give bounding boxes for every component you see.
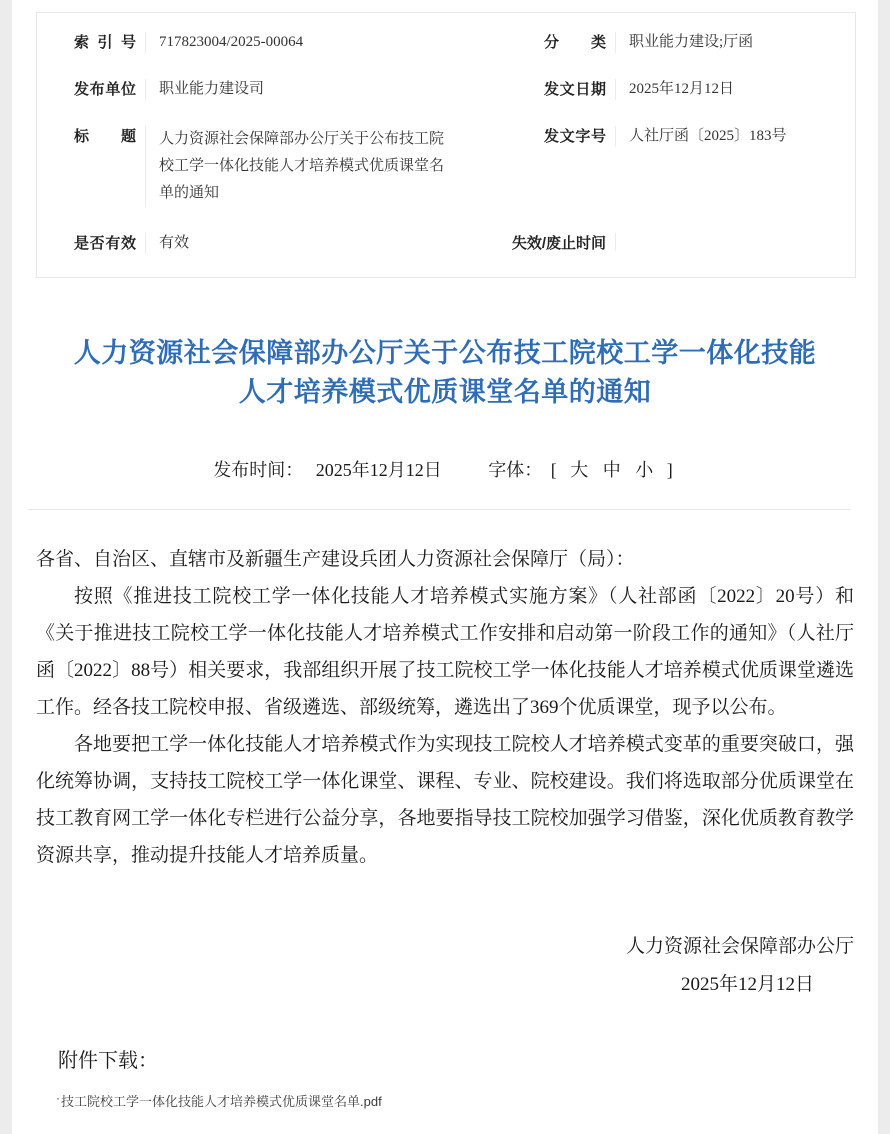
divider [28, 509, 850, 510]
index-number-value: 717823004/2025-00064 [145, 32, 446, 53]
signature-block: 人力资源社会保障部办公厅 2025年12月12日 [12, 928, 878, 1004]
salutation-paragraph: 各省、自治区、直辖市及新疆生产建设兵团人力资源社会保障厅（局）： [36, 541, 854, 578]
attachment-link[interactable]: ·技工院校工学一体化技能人才培养模式优质课堂名单.pdf [56, 1091, 854, 1110]
validity-label: 是否有效 [74, 233, 136, 254]
doc-number-label: 发文字号 [544, 126, 606, 147]
bullet-icon: · [56, 1091, 60, 1105]
meta-cell-index-number: 索引号 717823004/2025-00064 [37, 19, 446, 66]
category-label: 分类 [544, 32, 606, 53]
publish-unit-value: 职业能力建设司 [145, 79, 446, 100]
expiry-label: 失效/废止时间 [512, 233, 606, 254]
expiry-value [615, 233, 855, 251]
article-body: 各省、自治区、直辖市及新疆生产建设兵团人力资源社会保障厅（局）： 按照《推进技工… [12, 541, 878, 874]
meta-table: 索引号 717823004/2025-00064 分类 职业能力建设;厅函 发布… [36, 12, 856, 278]
publish-unit-label: 发布单位 [74, 79, 136, 100]
font-size-small-button[interactable]: 小 [635, 460, 653, 480]
attachment-heading: 附件下载： [58, 1044, 854, 1073]
meta-cell-issue-date: 发文日期 2025年12月12日 [446, 66, 855, 113]
issue-date-value: 2025年12月12日 [615, 79, 855, 100]
signature-date: 2025年12月12日 [36, 966, 854, 1004]
doc-number-value: 人社厅函〔2025〕183号 [615, 126, 855, 147]
publish-info-line: 发布时间： 2025年12月12日 字体： [ 大 中 小 ] [12, 456, 878, 482]
meta-cell-expiry: 失效/废止时间 [446, 220, 855, 267]
meta-cell-publish-unit: 发布单位 职业能力建设司 [37, 66, 446, 113]
category-value: 职业能力建设;厅函 [615, 32, 855, 53]
body-paragraph-1: 按照《推进技工院校工学一体化技能人才培养模式实施方案》（人社部函〔2022〕20… [36, 578, 854, 726]
index-number-label: 索引号 [74, 32, 136, 53]
attachment-section: 附件下载： ·技工院校工学一体化技能人才培养模式优质课堂名单.pdf [12, 1044, 878, 1110]
validity-value: 有效 [145, 233, 446, 254]
font-label: 字体： [488, 460, 542, 480]
page-title: 人力资源社会保障部办公厅关于公布技工院校工学一体化技能人才培养模式优质课堂名单的… [73, 334, 818, 412]
attachment-file-name[interactable]: 技工院校工学一体化技能人才培养模式优质课堂名单.pdf [61, 1094, 382, 1109]
meta-row-3: 标题 人力资源社会保障部办公厅关于公布技工院校工学一体化技能人才培养模式优质课堂… [37, 113, 855, 220]
signature-org: 人力资源社会保障部办公厅 [36, 928, 854, 966]
page-container: 索引号 717823004/2025-00064 分类 职业能力建设;厅函 发布… [12, 0, 878, 1134]
bracket-close: ] [667, 460, 673, 480]
doc-title-label: 标题 [74, 126, 136, 147]
font-size-large-button[interactable]: 大 [570, 460, 588, 480]
publish-time-label: 发布时间： [213, 460, 303, 480]
doc-title-value: 人力资源社会保障部办公厅关于公布技工院校工学一体化技能人才培养模式优质课堂名单的… [145, 126, 446, 207]
meta-cell-category: 分类 职业能力建设;厅函 [446, 19, 855, 66]
body-paragraph-2: 各地要把工学一体化技能人才培养模式作为实现技工院校人才培养模式变革的重要突破口，… [36, 726, 854, 874]
font-size-control: 字体： [ 大 中 小 ] [488, 460, 677, 480]
meta-cell-doc-title: 标题 人力资源社会保障部办公厅关于公布技工院校工学一体化技能人才培养模式优质课堂… [37, 113, 446, 220]
meta-row-2: 发布单位 职业能力建设司 发文日期 2025年12月12日 [37, 66, 855, 113]
font-size-medium-button[interactable]: 中 [603, 460, 621, 480]
meta-row-1: 索引号 717823004/2025-00064 分类 职业能力建设;厅函 [37, 19, 855, 66]
bracket-open: [ [551, 460, 557, 480]
meta-cell-validity: 是否有效 有效 [37, 220, 446, 267]
issue-date-label: 发文日期 [544, 79, 606, 100]
meta-cell-doc-number: 发文字号 人社厅函〔2025〕183号 [446, 113, 855, 220]
publish-time-value: 2025年12月12日 [316, 460, 442, 480]
meta-row-4: 是否有效 有效 失效/废止时间 [37, 220, 855, 267]
